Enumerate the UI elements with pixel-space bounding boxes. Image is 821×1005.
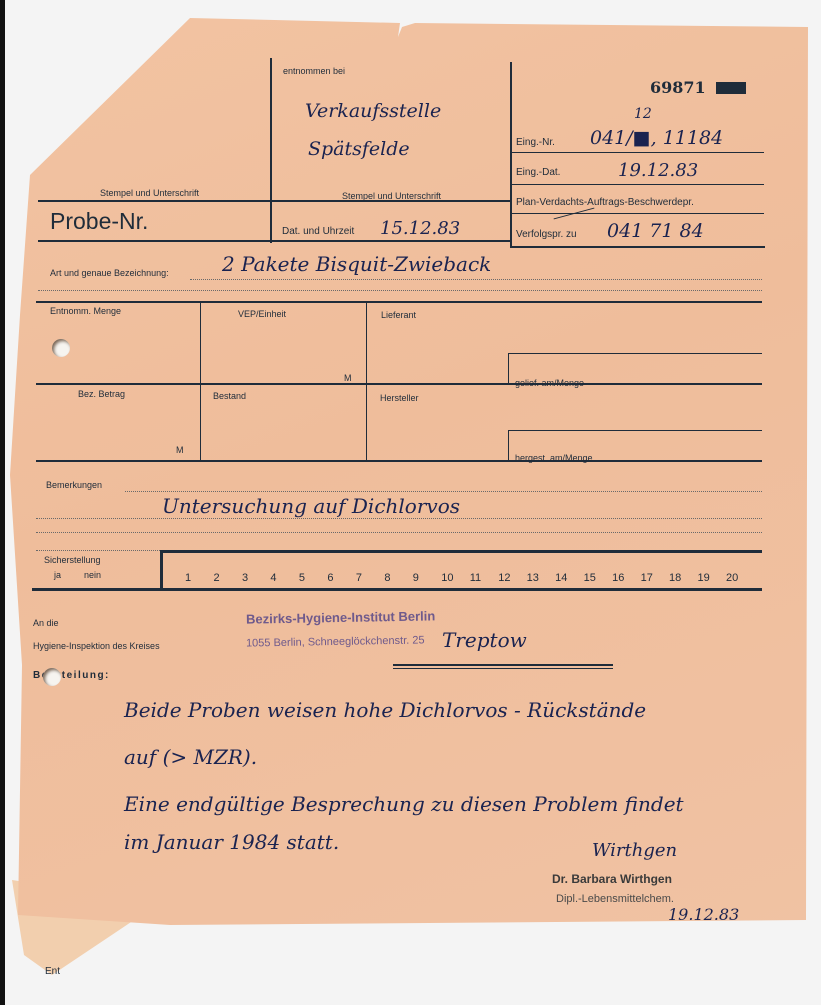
lieferant-label: Lieferant <box>381 310 416 320</box>
dotted-line <box>36 550 160 551</box>
vep-unit: M <box>344 373 352 383</box>
divider <box>510 246 765 248</box>
stamp-signature-label-right: Stempel und Unterschrift <box>342 191 441 201</box>
hergestellt-label: hergest. am/Menge <box>515 453 593 463</box>
divider <box>512 152 764 153</box>
dotted-line <box>190 279 762 280</box>
divider <box>200 303 201 460</box>
torn-fragment-text: Ent <box>45 966 60 977</box>
dotted-line <box>36 518 762 519</box>
ja-label: ja <box>54 570 61 580</box>
sicherstellung-number: 13 <box>527 572 539 584</box>
divider <box>160 550 163 590</box>
kreis-value: Treptow <box>442 628 527 652</box>
divider <box>508 430 762 431</box>
art-value: 2 Pakete Bisquit-Zwieback <box>222 252 491 276</box>
divider <box>36 301 762 303</box>
divider <box>32 588 762 591</box>
geliefert-label: gelief. am/Menge <box>515 378 584 388</box>
verfolg-value: 041 71 84 <box>607 220 704 242</box>
verfolg-label: Verfolgspr. zu <box>516 229 577 240</box>
sicherstellung-number: 1 <box>185 572 191 584</box>
beurteilung-line: Beide Proben weisen hohe Dichlorvos - Rü… <box>124 698 646 722</box>
sicherstellung-number: 6 <box>327 572 333 584</box>
sicherstellung-number: 9 <box>413 572 419 584</box>
sicherstellung-number: 14 <box>555 572 567 584</box>
divider <box>38 240 510 242</box>
eing-dat-value: 19.12.83 <box>618 160 698 181</box>
punch-hole <box>43 668 61 686</box>
plan-label: Plan-Verdachts-Auftrags-Beschwerdepr. <box>516 197 694 208</box>
sign-date: 19.12.83 <box>668 905 739 924</box>
underline <box>393 664 613 666</box>
eing-nr-value: 041/■, 11184 <box>590 127 723 149</box>
sicherstellung-label: Sicherstellung <box>44 555 101 565</box>
sicherstellung-number: 2 <box>213 572 219 584</box>
divider <box>512 184 764 185</box>
sicherstellung-number: 8 <box>384 572 390 584</box>
divider <box>36 460 762 462</box>
sicherstellung-number: 10 <box>441 572 453 584</box>
scan-edge <box>0 0 5 1005</box>
datetime-label: Dat. und Uhrzeit <box>282 226 354 237</box>
divider <box>508 353 509 383</box>
dotted-line <box>125 491 762 492</box>
nein-label: nein <box>84 570 101 580</box>
beurteilung-line: im Januar 1984 statt. <box>124 830 339 854</box>
bestand-label: Bestand <box>213 391 246 401</box>
punch-hole <box>52 339 70 357</box>
eing-dat-label: Eing.-Dat. <box>516 167 560 178</box>
art-label: Art und genaue Bezeichnung: <box>50 268 169 278</box>
sicherstellung-number: 4 <box>270 572 276 584</box>
datetime-value: 15.12.83 <box>380 218 460 239</box>
entnommen-value-line1: Verkaufsstelle <box>305 100 441 122</box>
signature: Wirthgen <box>592 840 677 861</box>
entnommen-value-line2: Spätsfelde <box>308 138 410 160</box>
divider <box>160 550 762 553</box>
beurteilung-line: Eine endgültige Besprechung zu diesen Pr… <box>124 792 684 816</box>
sicherstellung-number: 12 <box>498 572 510 584</box>
bez-betrag-label: Bez. Betrag <box>78 389 125 399</box>
divider <box>508 353 762 354</box>
sicherstellung-number: 11 <box>470 572 481 584</box>
redaction-box <box>716 82 746 94</box>
sicherstellung-number: 17 <box>641 572 653 584</box>
vep-label: VEP/Einheit <box>238 309 286 319</box>
signer-title: Dipl.-Lebensmittelchem. <box>556 893 674 905</box>
signer-name: Dr. Barbara Wirthgen <box>552 872 672 886</box>
sicherstellung-number: 5 <box>299 572 305 584</box>
entnomm-menge-label: Entnomm. Menge <box>50 306 121 316</box>
sicherstellung-number: 20 <box>726 572 738 584</box>
eing-nr-label: Eing.-Nr. <box>516 137 555 148</box>
underline <box>393 668 613 669</box>
probe-nr-label: Probe-Nr. <box>50 208 148 235</box>
sicherstellung-number: 7 <box>356 572 362 584</box>
entnommen-label: entnommen bei <box>283 66 345 76</box>
divider <box>510 62 512 247</box>
divider <box>508 430 509 460</box>
dotted-line <box>38 290 762 291</box>
sicherstellung-number: 18 <box>669 572 681 584</box>
serial-number: 69871 <box>650 78 706 97</box>
hygiene-label: Hygiene-Inspektion des Kreises <box>33 641 160 651</box>
hersteller-label: Hersteller <box>380 393 419 403</box>
beurteilung-line: auf (> MZR). <box>124 745 257 769</box>
divider <box>366 303 367 460</box>
bez-betrag-unit: M <box>176 445 184 455</box>
sicherstellung-number: 16 <box>612 572 624 584</box>
an-die-label: An die <box>33 618 59 628</box>
eing-nr-superscript: 12 <box>634 106 652 122</box>
stamp-signature-label-left: Stempel und Unterschrift <box>100 188 199 198</box>
bemerkungen-value: Untersuchung auf Dichlorvos <box>162 494 460 518</box>
dotted-line <box>36 532 762 533</box>
sicherstellung-number: 15 <box>584 572 596 584</box>
bemerkungen-label: Bemerkungen <box>46 480 102 490</box>
sicherstellung-number: 19 <box>698 572 710 584</box>
sicherstellung-number: 3 <box>242 572 248 584</box>
divider <box>270 58 272 243</box>
divider <box>36 383 762 385</box>
divider <box>512 213 764 214</box>
